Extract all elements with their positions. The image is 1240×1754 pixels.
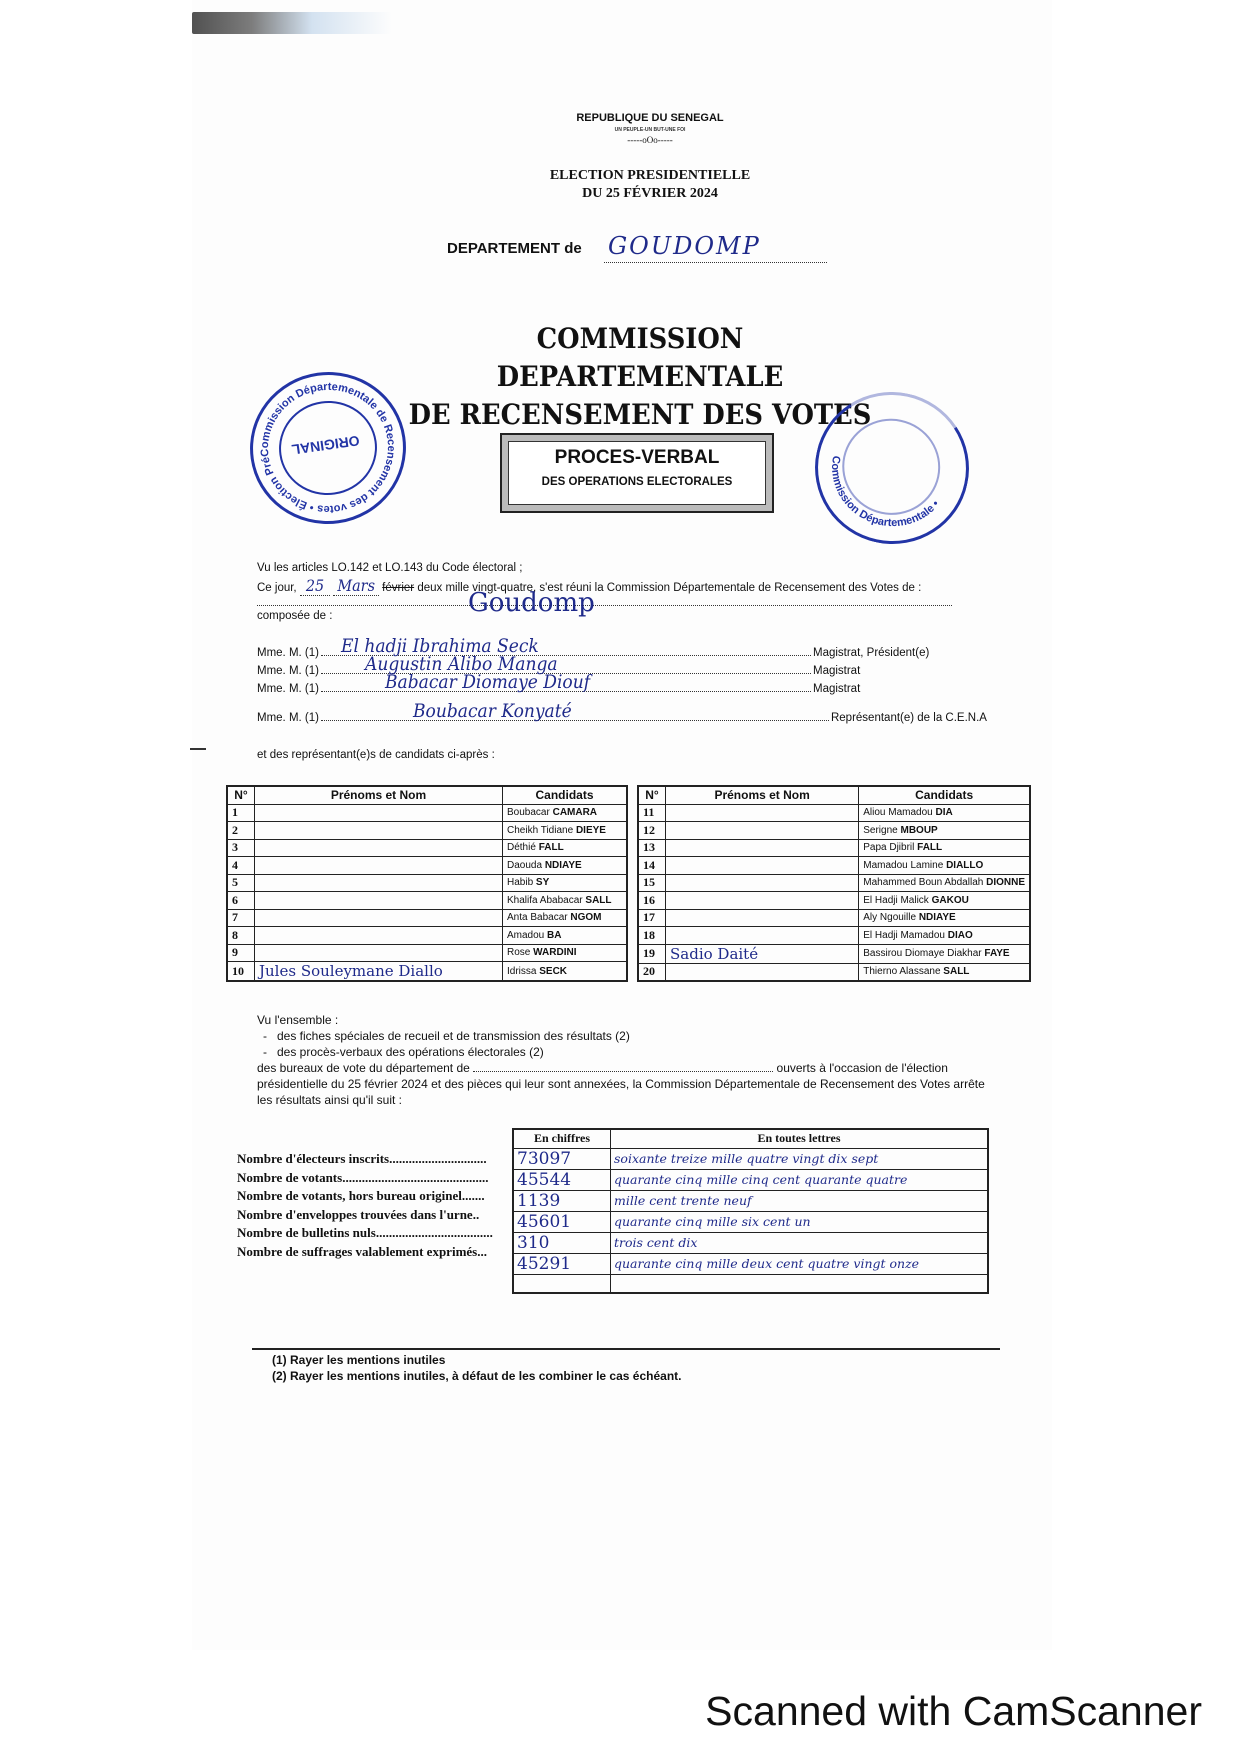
national-motto: UN PEUPLE-UN BUT-UNE FOI	[500, 127, 800, 133]
commission-line-1: COMMISSION DEPARTEMENTALE	[401, 320, 879, 396]
candidate-name: Cheikh Tidiane DIEYE	[503, 822, 628, 840]
table-row: 14Mamadou Lamine DIALLO	[638, 857, 1030, 875]
result-label: Nombre de suffrages valablement exprimés…	[237, 1243, 493, 1262]
results-labels: Nombre d'électeurs inscrits.............…	[237, 1150, 493, 1261]
election-line-2: DU 25 FÉVRIER 2024	[450, 185, 850, 203]
result-row: 45544quarante cinq mille cinq cent quara…	[513, 1169, 988, 1190]
result-row: 310trois cent dix	[513, 1232, 988, 1253]
ce-jour-label: Ce jour,	[257, 582, 297, 594]
month-printed: février	[382, 582, 414, 594]
result-figure: 45544	[513, 1169, 611, 1190]
result-figure: 310	[513, 1232, 611, 1253]
table-row: 3Déthié FALL	[227, 839, 627, 857]
representative-name	[666, 839, 859, 857]
department-value: GOUDOMP	[608, 232, 761, 260]
result-figure: 73097	[513, 1148, 611, 1169]
candidate-name: Amadou BA	[503, 927, 628, 945]
empty-cell	[611, 1274, 989, 1293]
candidate-name: Serigne MBOUP	[859, 822, 1030, 840]
commission-line-2: DE RECENSEMENT DES VOTES	[401, 396, 879, 434]
seen-line-3: les résultats ainsi qu'il suit :	[257, 1092, 985, 1108]
table-row: 9Rose WARDINI	[227, 944, 627, 962]
camscanner-watermark: Scanned with CamScanner	[705, 1688, 1202, 1735]
member-row: Mme. M. (1)Boubacar KonyatéReprésentant(…	[257, 708, 977, 724]
representative-name	[255, 822, 503, 840]
svg-text:Commission Départementale •: Commission Départementale •	[818, 454, 948, 539]
representative-name	[255, 839, 503, 857]
candidate-name: Papa Djibril FALL	[859, 839, 1030, 857]
member-row: Mme. M. (1)Augustin Alibo MangaMagistrat	[257, 661, 977, 677]
candidate-name: Anta Babacar NGOM	[503, 909, 628, 927]
row-num: 17	[638, 909, 666, 927]
candidate-name: El Hadji Malick GAKOU	[859, 892, 1030, 910]
election-line-1: ELECTION PRESIDENTIELLE	[450, 167, 850, 185]
candidate-name: Bassirou Diomaye Diakhar FAYE	[859, 944, 1030, 963]
articles-line: Vu les articles LO.142 et LO.143 du Code…	[257, 562, 523, 574]
representative-name	[255, 892, 503, 910]
row-num: 5	[227, 874, 255, 892]
margin-mark	[190, 748, 206, 750]
seen-section: Vu l'ensemble : - des fiches spéciales d…	[257, 1012, 985, 1108]
country-heading: REPUBLIQUE DU SENEGAL	[500, 112, 800, 124]
member-role: Magistrat	[813, 683, 860, 695]
seen-bullet-2: - des procès-verbaux des opérations élec…	[257, 1044, 985, 1060]
empty-cell	[513, 1274, 611, 1293]
table-row: 1Boubacar CAMARA	[227, 804, 627, 822]
proces-verbal-title: PROCES-VERBAL	[502, 447, 772, 469]
stamp-right-ring-text: Commission Départementale •	[804, 381, 979, 555]
representative-name	[666, 804, 859, 822]
result-row: 1139mille cent trente neuf	[513, 1190, 988, 1211]
row-num: 18	[638, 927, 666, 945]
representative-name	[666, 892, 859, 910]
row-num: 8	[227, 927, 255, 945]
row-num: 7	[227, 909, 255, 927]
table-row: 8Amadou BA	[227, 927, 627, 945]
table-row: 11Aliou Mamadou DIA	[638, 804, 1030, 822]
representative-name	[255, 804, 503, 822]
result-words: trois cent dix	[611, 1232, 989, 1253]
result-words: quarante cinq mille six cent un	[611, 1211, 989, 1232]
result-label: Nombre de votants.......................…	[237, 1169, 493, 1188]
seen-bullet-1: - des fiches spéciales de recueil et de …	[257, 1028, 985, 1044]
seen-intro: Vu l'ensemble :	[257, 1012, 985, 1028]
representative-name	[666, 909, 859, 927]
row-num: 9	[227, 944, 255, 962]
footnotes: (1) Rayer les mentions inutiles (2) Raye…	[272, 1352, 681, 1384]
row-num: 10	[227, 962, 255, 982]
row-num: 16	[638, 892, 666, 910]
table-row: 20Thierno Alassane SALL	[638, 963, 1030, 981]
representatives-table-left: N° Prénoms et Nom Candidats 1Boubacar CA…	[226, 785, 628, 982]
row-num: 19	[638, 944, 666, 963]
header-num: N°	[227, 786, 255, 804]
candidate-name: Habib SY	[503, 874, 628, 892]
row-num: 2	[227, 822, 255, 840]
candidate-name: Khalifa Ababacar SALL	[503, 892, 628, 910]
row-num: 1	[227, 804, 255, 822]
member-name: Boubacar Konyaté	[413, 700, 572, 722]
commission-title: COMMISSION DEPARTEMENTALE DE RECENSEMENT…	[401, 320, 879, 434]
row-num: 11	[638, 804, 666, 822]
result-words: quarante cinq mille deux cent quatre vin…	[611, 1253, 989, 1274]
member-role: Magistrat, Président(e)	[813, 647, 929, 659]
result-words: soixante treize mille quatre vingt dix s…	[611, 1148, 989, 1169]
table-row: 10Jules Souleymane DialloIdrissa SECK	[227, 962, 627, 982]
department-dotted-line	[604, 262, 827, 263]
candidate-name: Thierno Alassane SALL	[859, 963, 1030, 981]
scan-smudge	[192, 12, 392, 34]
header-figures: En chiffres	[513, 1129, 611, 1148]
member-prefix: Mme. M. (1)	[257, 665, 319, 677]
table-row: 7Anta Babacar NGOM	[227, 909, 627, 927]
stamp-left: Commission Départementale de Recensement…	[240, 362, 416, 534]
seen-line-1: des bureaux de vote du département de ou…	[257, 1060, 985, 1076]
member-name-line: Babacar Diomaye Diouf	[321, 679, 811, 692]
member-prefix: Mme. M. (1)	[257, 647, 319, 659]
table-row: 6Khalifa Ababacar SALL	[227, 892, 627, 910]
result-row: 73097soixante treize mille quatre vingt …	[513, 1148, 988, 1169]
footnote-2: (2) Rayer les mentions inutiles, à défau…	[272, 1368, 681, 1384]
results-table: En chiffres En toutes lettres 73097soixa…	[512, 1128, 989, 1294]
candidate-name: El Hadji Mamadou DIAO	[859, 927, 1030, 945]
table-row: 19Sadio DaitéBassirou Diomaye Diakhar FA…	[638, 944, 1030, 963]
result-label: Nombre de votants, hors bureau originel.…	[237, 1187, 493, 1206]
result-row: 45601quarante cinq mille six cent un	[513, 1211, 988, 1232]
result-label: Nombre d'enveloppes trouvées dans l'urne…	[237, 1206, 493, 1225]
commission-of-line	[257, 605, 952, 606]
member-prefix: Mme. M. (1)	[257, 712, 319, 724]
table-row: 13Papa Djibril FALL	[638, 839, 1030, 857]
row-num: 4	[227, 857, 255, 875]
header-name: Prénoms et Nom	[666, 786, 859, 804]
month-value: Mars	[333, 576, 379, 596]
representative-name	[666, 927, 859, 945]
member-prefix: Mme. M. (1)	[257, 683, 319, 695]
table-row: 2Cheikh Tidiane DIEYE	[227, 822, 627, 840]
representatives-intro: et des représentant(e)s de candidats ci-…	[257, 749, 495, 761]
candidate-name: Déthié FALL	[503, 839, 628, 857]
table-row: 5Habib SY	[227, 874, 627, 892]
row-num: 15	[638, 874, 666, 892]
day-value: 25	[300, 576, 330, 596]
election-title: ELECTION PRESIDENTIELLE DU 25 FÉVRIER 20…	[450, 167, 850, 203]
result-words: mille cent trente neuf	[611, 1190, 989, 1211]
representative-name	[666, 963, 859, 981]
row-num: 13	[638, 839, 666, 857]
member-name: Babacar Diomaye Diouf	[385, 671, 590, 693]
ce-jour-line: Ce jour, 25 Mars février deux mille ving…	[257, 576, 1017, 595]
ornament: -----oOo-----	[500, 135, 800, 145]
commission-of-value: Goudomp	[468, 588, 595, 618]
representative-name: Sadio Daité	[666, 944, 859, 963]
result-figure: 1139	[513, 1190, 611, 1211]
header-candidate: Candidats	[503, 786, 628, 804]
composed-label: composée de :	[257, 610, 332, 622]
header-candidate: Candidats	[859, 786, 1030, 804]
candidate-name: Mahammed Boun Abdallah DIONNE	[859, 874, 1030, 892]
representative-name	[666, 857, 859, 875]
candidate-name: Mamadou Lamine DIALLO	[859, 857, 1030, 875]
table-row: 12Serigne MBOUP	[638, 822, 1030, 840]
representative-name	[255, 874, 503, 892]
representative-name	[255, 927, 503, 945]
proces-verbal-box: PROCES-VERBAL DES OPERATIONS ELECTORALES	[500, 433, 774, 513]
candidate-name: Aliou Mamadou DIA	[859, 804, 1030, 822]
header-words: En toutes lettres	[611, 1129, 989, 1148]
result-words: quarante cinq mille cinq cent quarante q…	[611, 1169, 989, 1190]
member-name-line: Boubacar Konyaté	[321, 708, 829, 721]
result-label: Nombre d'électeurs inscrits.............…	[237, 1150, 493, 1169]
header-name: Prénoms et Nom	[255, 786, 503, 804]
table-row: 18El Hadji Mamadou DIAO	[638, 927, 1030, 945]
row-num: 3	[227, 839, 255, 857]
table-row: 17Aly Ngouille NDIAYE	[638, 909, 1030, 927]
member-row: Mme. M. (1)Babacar Diomaye DioufMagistra…	[257, 679, 977, 695]
representative-name	[255, 857, 503, 875]
department-label: DEPARTEMENT de	[447, 240, 582, 257]
proces-verbal-subtitle: DES OPERATIONS ELECTORALES	[502, 476, 772, 488]
candidate-name: Aly Ngouille NDIAYE	[859, 909, 1030, 927]
representative-name	[666, 874, 859, 892]
footnote-1: (1) Rayer les mentions inutiles	[272, 1352, 681, 1368]
seen-line-2: présidentielle du 25 février 2024 et des…	[257, 1076, 985, 1092]
row-num: 6	[227, 892, 255, 910]
result-figure: 45291	[513, 1253, 611, 1274]
result-figure: 45601	[513, 1211, 611, 1232]
candidate-name: Boubacar CAMARA	[503, 804, 628, 822]
row-num: 20	[638, 963, 666, 981]
row-num: 14	[638, 857, 666, 875]
header-num: N°	[638, 786, 666, 804]
representative-name	[255, 909, 503, 927]
footnote-divider	[252, 1348, 1000, 1350]
representative-name	[255, 944, 503, 962]
representatives-table-right: N° Prénoms et Nom Candidats 11Aliou Mama…	[637, 785, 1031, 982]
member-role: Représentant(e) de la C.E.N.A	[831, 712, 987, 724]
result-label: Nombre de bulletins nuls................…	[237, 1224, 493, 1243]
candidate-name: Daouda NDIAYE	[503, 857, 628, 875]
row-num: 12	[638, 822, 666, 840]
representative-name	[666, 822, 859, 840]
candidate-name: Rose WARDINI	[503, 944, 628, 962]
table-row: 4Daouda NDIAYE	[227, 857, 627, 875]
result-row: 45291quarante cinq mille deux cent quatr…	[513, 1253, 988, 1274]
department-blank	[473, 1071, 773, 1072]
member-role: Magistrat	[813, 665, 860, 677]
candidate-name: Idrissa SECK	[503, 962, 628, 982]
result-row-empty	[513, 1274, 988, 1293]
representative-name: Jules Souleymane Diallo	[255, 962, 503, 982]
table-row: 15Mahammed Boun Abdallah DIONNE	[638, 874, 1030, 892]
table-row: 16El Hadji Malick GAKOU	[638, 892, 1030, 910]
